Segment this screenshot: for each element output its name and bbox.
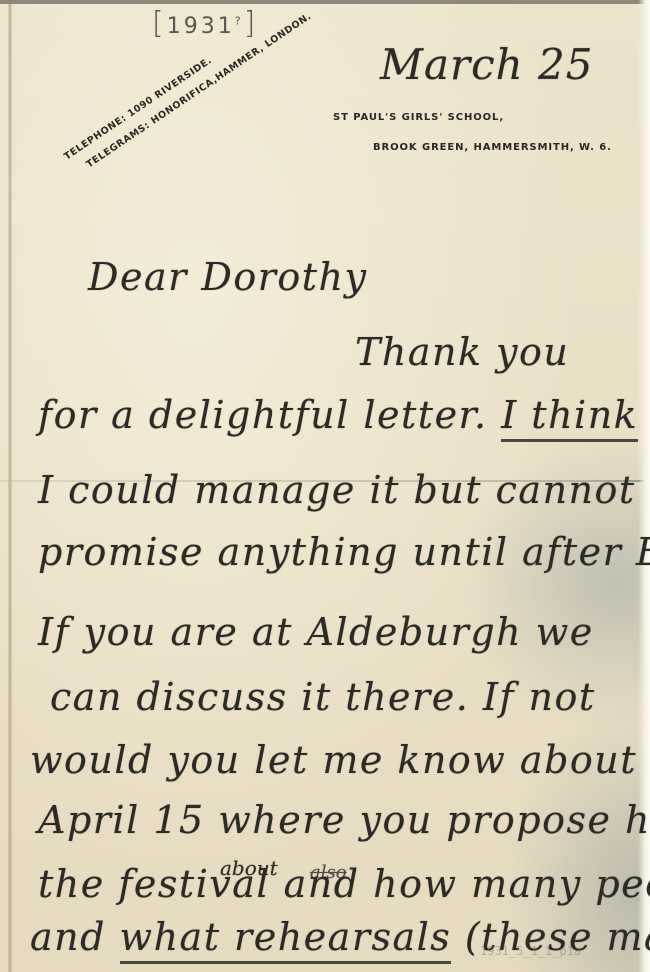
body-line-9: the festival and how many people bbox=[38, 862, 650, 906]
salutation: Dear Dorothy bbox=[88, 255, 367, 299]
letterhead-address: BROOK GREEN, HAMMERSMITH, W. 6. bbox=[373, 142, 612, 153]
underlined-phrase: I think bbox=[501, 393, 638, 442]
body-line-10-lead: and bbox=[30, 915, 120, 959]
body-line-5: If you are at Aldeburgh we bbox=[38, 610, 594, 654]
body-line-8: April 15 where you propose having bbox=[38, 798, 650, 842]
body-line-2: for a delightful letter. I think bbox=[38, 393, 638, 437]
underlined-phrase-2: what rehearsals bbox=[120, 915, 452, 964]
archive-watermark: 1931_5_1_1_p1a bbox=[480, 944, 581, 958]
archival-year: 1931 bbox=[167, 14, 235, 39]
left-fold-crease bbox=[8, 0, 12, 972]
body-line-6: can discuss it there. If not bbox=[50, 675, 596, 719]
page-top-edge bbox=[0, 0, 650, 4]
body-line-4: promise anything until after Easter. bbox=[38, 530, 650, 574]
body-line-7: would you let me know about bbox=[30, 738, 637, 782]
body-line-3: I could manage it but cannot bbox=[38, 468, 636, 512]
letterhead-institution: ST PAUL'S GIRLS' SCHOOL, bbox=[333, 112, 504, 123]
body-line-2-text: for a delightful letter. bbox=[38, 393, 501, 437]
letterhead-address-block: ST PAUL'S GIRLS' SCHOOL, BROOK GREEN, HA… bbox=[333, 112, 612, 153]
body-line-1: Thank you bbox=[355, 330, 569, 374]
letter-page: [1931?] TELEPHONE: 1090 RIVERSIDE. TELEG… bbox=[0, 0, 650, 972]
letter-date: March 25 bbox=[380, 40, 594, 89]
